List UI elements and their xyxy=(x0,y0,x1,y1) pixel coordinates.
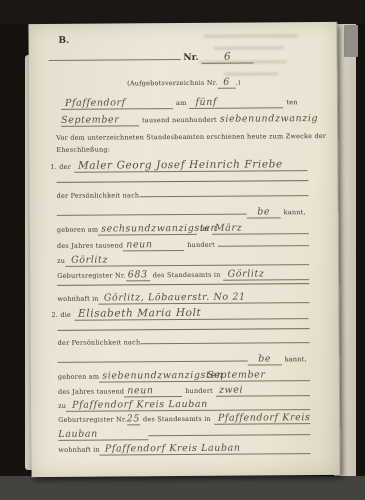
blank-line xyxy=(58,361,248,363)
ink-bleed-mark xyxy=(204,34,299,38)
person1-born-month-handwritten: März xyxy=(212,222,309,235)
blank-line xyxy=(139,195,308,197)
nr-label: Nr. xyxy=(180,53,201,63)
person1-birthplace-handwritten: Görlitz xyxy=(65,253,309,267)
person1-born-label: geboren am xyxy=(57,226,98,234)
ink-bleed-mark xyxy=(214,46,284,49)
section-rule xyxy=(57,180,309,183)
person2-year-hand2: zwei xyxy=(216,384,310,397)
ink-bleed-mark xyxy=(224,72,279,75)
person1-register-place-handwritten: Görlitz xyxy=(224,268,310,281)
person2-resident-line: wohnhaft in Pfaffendorf Kreis Lauban xyxy=(58,442,310,456)
background-card xyxy=(344,25,358,57)
person1-known-line: be kannt, xyxy=(57,206,309,220)
person1-name-handwritten: Maler Georg Josef Heinrich Friebe xyxy=(74,158,307,173)
date-place-line: Pfaffendorf am fünf ten xyxy=(61,96,311,110)
corner-letter-text: B. xyxy=(59,36,70,46)
day-handwritten: fünf xyxy=(189,96,283,109)
month-handwritten: September xyxy=(61,114,139,127)
person2-identity-line: der Persönlichkeit nach xyxy=(58,337,310,347)
person1-identity-line: der Persönlichkeit nach xyxy=(57,190,309,200)
aufgebot-line: (Aufgebotsverzeichnis Nr. 6 .) xyxy=(69,76,299,90)
place-handwritten: Pfaffendorf xyxy=(61,97,173,110)
nr-line: Nr. 6 xyxy=(49,51,254,65)
person2-year-label1: des Jahres tausend xyxy=(58,387,124,395)
blank-line xyxy=(57,214,247,216)
year-handwritten: siebenundzwanzig xyxy=(220,113,319,125)
intro-text-1: Vor dem unterzeichneten Standesbeamten e… xyxy=(56,132,326,142)
person2-register-label1: Geburtsregister Nr. xyxy=(58,415,127,423)
person2-resident-label: wohnhaft in xyxy=(58,446,100,454)
person2-known-line: be kannt, xyxy=(58,353,310,367)
person2-birthyear-line: des Jahres tausend neun hundert zwei xyxy=(58,384,310,398)
person2-born-line: geboren am siebenundzwanzigsten Septembe… xyxy=(58,369,310,383)
person1-year-label2: hundert xyxy=(184,241,218,249)
person2-zu-line: zu Pfaffendorf Kreis Lauban xyxy=(58,398,310,412)
person1-known-label: kannt, xyxy=(281,208,309,216)
person1-name-line: 1. der Maler Georg Josef Heinrich Friebe xyxy=(47,158,307,173)
person2-identity-label: der Persönlichkeit nach xyxy=(58,338,141,347)
registry-document-page: B. Nr. 6 (Aufgebotsverzeichnis Nr. 6 .) … xyxy=(28,22,340,477)
tausend-label: tausend neunhundert xyxy=(139,116,220,125)
person1-register-nr-handwritten: 683 xyxy=(126,269,150,281)
person2-name-handwritten: Elisabeth Maria Holt xyxy=(74,306,309,321)
date-year-line: September tausend neunhundert siebenundz… xyxy=(61,113,319,127)
ten-label: ten xyxy=(283,98,300,106)
intro-paragraph-line2: Eheschließung: xyxy=(56,144,310,154)
section-rule xyxy=(57,283,309,286)
person2-year-label2: hundert xyxy=(182,387,216,395)
aufgebot-label-end: .) xyxy=(236,79,241,87)
section-rule xyxy=(58,328,310,331)
nr-value-handwritten: 6 xyxy=(202,51,254,64)
person2-register-label2: des Standesamts in xyxy=(140,415,214,424)
person1-residence-handwritten: Görlitz, Löbauerstr. No 21 xyxy=(99,291,310,304)
aufgebot-label: (Aufgebotsverzeichnis Nr. xyxy=(127,79,218,88)
person1-year-label1: des Jahres tausend xyxy=(57,241,123,249)
person1-resident-line: wohnhaft in Görlitz, Löbauerstr. No 21 xyxy=(57,291,309,305)
person2-register-place2-line: Lauban xyxy=(58,427,310,441)
person1-year-hand1: neun xyxy=(123,239,184,251)
person1-born-day-handwritten: sechsundzwanzigsten xyxy=(98,223,197,236)
person2-born-month-handwritten: September xyxy=(202,369,310,382)
corner-letter: B. xyxy=(59,36,70,46)
person2-register-place-handwritten: Pfaffendorf Kreis xyxy=(214,412,311,425)
person1-register-label2: des Standesamts in xyxy=(150,271,224,280)
person2-zu-label: zu xyxy=(58,402,66,410)
person2-birthplace-handwritten: Pfaffendorf Kreis Lauban xyxy=(66,398,310,412)
person2-born-day-handwritten: siebenundzwanzigsten xyxy=(99,370,202,383)
blank-line xyxy=(140,342,309,344)
background-top xyxy=(0,0,365,24)
person2-register-line: Geburtsregister Nr. 25 des Standesamts i… xyxy=(58,412,310,426)
person1-register-label1: Geburtsregister Nr. xyxy=(57,271,126,279)
nr-left-rule xyxy=(49,59,181,61)
aufgebot-value-handwritten: 6 xyxy=(218,77,236,89)
background-bottom xyxy=(0,476,365,500)
person1-resident-label: wohnhaft in xyxy=(57,295,99,303)
am-label: am xyxy=(173,99,190,107)
person2-register-place2-handwritten: Lauban xyxy=(58,428,148,441)
blank-line xyxy=(148,434,310,436)
person2-name-line: 2. die Elisabeth Maria Holt xyxy=(48,306,308,321)
person1-birthyear-line: des Jahres tausend neun hundert xyxy=(57,238,309,252)
person2-year-hand1: neun xyxy=(124,385,182,397)
person1-index-label: 1. der xyxy=(47,163,74,171)
person1-zu-label: zu xyxy=(57,257,65,265)
person2-known-handwritten: be xyxy=(248,353,282,365)
person1-known-handwritten: be xyxy=(247,206,281,218)
person1-im-label: im xyxy=(197,225,212,233)
person2-residence-handwritten: Pfaffendorf Kreis Lauban xyxy=(100,442,311,455)
intro-text-2: Eheschließung: xyxy=(56,146,110,154)
person2-born-label: geboren am xyxy=(58,373,99,381)
person1-year-hand2 xyxy=(218,245,309,247)
person1-identity-label: der Persönlichkeit nach xyxy=(57,191,140,200)
person1-born-line: geboren am sechsundzwanzigsten im März xyxy=(57,222,309,236)
person2-index-label: 2. die xyxy=(48,311,74,319)
person1-zu-line: zu Görlitz xyxy=(57,253,309,267)
person2-known-label: kannt, xyxy=(282,355,310,363)
person2-register-nr-handwritten: 25 xyxy=(127,413,140,425)
intro-paragraph-line1: Vor dem unterzeichneten Standesbeamten e… xyxy=(56,132,310,142)
person1-register-line: Geburtsregister Nr. 683 des Standesamts … xyxy=(57,268,309,282)
